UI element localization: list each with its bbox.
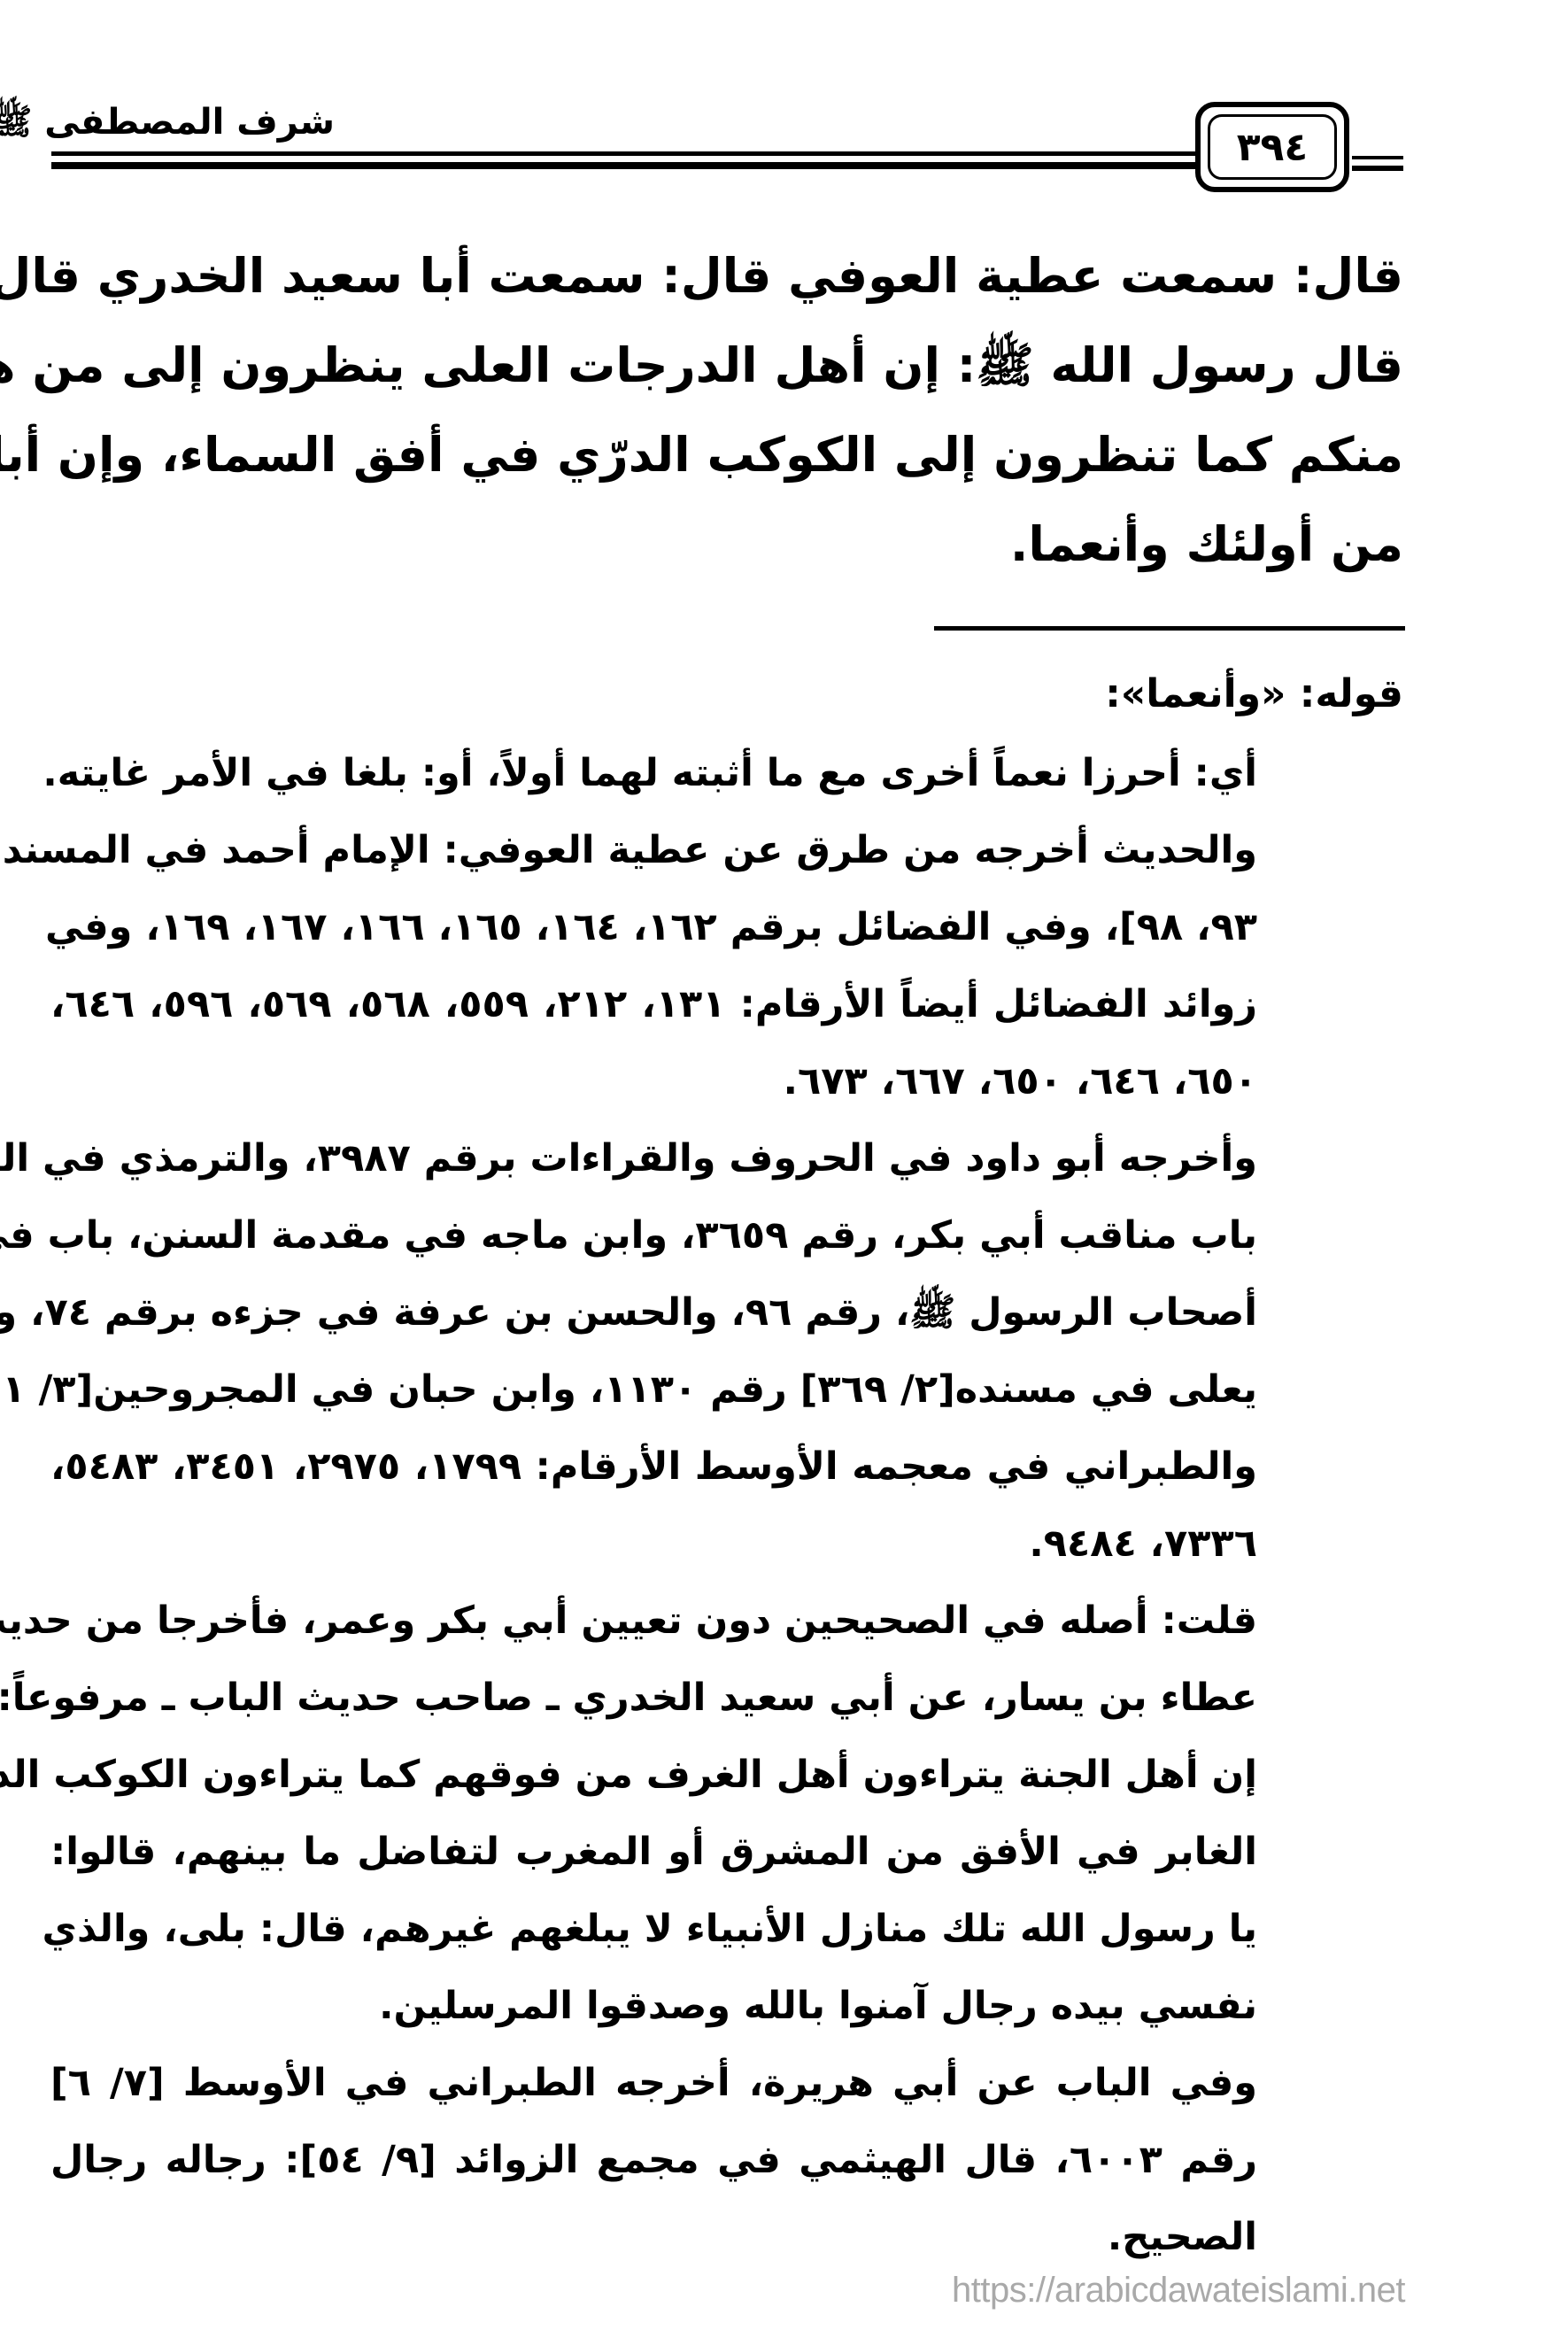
- footnote-line: والحديث أخرجه من طرق عن عطية العوفي: الإ…: [50, 819, 1257, 881]
- footnote-label: قوله: «وأنعما»:: [797, 666, 1403, 723]
- footnote-line: نفسي بيده رجال آمنوا بالله وصدقوا المرسل…: [50, 1975, 1257, 2037]
- footnote-line: والطبراني في معجمه الأوسط الأرقام: ١٧٩٩،…: [50, 1436, 1257, 1498]
- footnote-line: الغابر في الأفق من المشرق أو المغرب لتفا…: [50, 1821, 1257, 1883]
- header-rule-thin-right: [1352, 156, 1403, 159]
- page-number: ٣٩٤: [1237, 125, 1309, 170]
- footnote-line: وفي الباب عن أبي هريرة، أخرجه الطبراني ف…: [50, 2052, 1257, 2114]
- footnote-line: إن أهل الجنة يتراءون أهل الغرف من فوقهم …: [50, 1744, 1257, 1806]
- main-text-line: قال: سمعت عطية العوفي قال: سمعت أبا سعيد…: [50, 241, 1403, 312]
- running-title: شرف المصطفى ﷺ: [51, 99, 335, 145]
- footnote-line: باب مناقب أبي بكر، رقم ٣٦٥٩، وابن ماجه ف…: [50, 1204, 1257, 1266]
- book-page: شرف المصطفى ﷺ ٣٩٤ قال: سمعت عطية العوفي …: [0, 0, 1568, 2338]
- main-text-line: من أولئك وأنعما.: [50, 509, 1403, 580]
- footnote-line: يا رسول الله تلك منازل الأنبياء لا يبلغه…: [50, 1898, 1257, 1960]
- main-text-line: قال رسول الله ﷺ: إن أهل الدرجات العلى ين…: [50, 330, 1403, 401]
- page-number-frame: ٣٩٤: [1195, 102, 1349, 192]
- footnote-line: ٧٣٣٦، ٩٤٨٤.: [50, 1513, 1257, 1575]
- footnote-line: قلت: أصله في الصحيحين دون تعيين أبي بكر …: [50, 1590, 1257, 1652]
- footnote-line: يعلى في مسنده[٢/ ٣٦٩] رقم ١١٣٠، وابن حبا…: [50, 1359, 1257, 1421]
- main-text-line: منكم كما تنظرون إلى الكوكب الدرّي في أفق…: [50, 420, 1403, 491]
- page-number-inner-frame: ٣٩٤: [1208, 114, 1337, 180]
- footnote-line: رقم ٦٠٠٣، قال الهيثمي في مجمع الزوائد [٩…: [50, 2129, 1257, 2191]
- footnote-line: وأخرجه أبو داود في الحروف والقراءات برقم…: [50, 1127, 1257, 1189]
- footnote-line: ٩٣، ٩٨]، وفي الفضائل برقم ١٦٢، ١٦٤، ١٦٥،…: [50, 896, 1257, 958]
- footnote-separator: [934, 626, 1405, 631]
- footnote-line: ٦٥٠، ٦٤٦، ٦٥٠، ٦٦٧، ٦٧٣.: [50, 1050, 1257, 1112]
- footnote-line: زوائد الفضائل أيضاً الأرقام: ١٣١، ٢١٢، ٥…: [50, 973, 1257, 1035]
- header-rule-thick-right: [1352, 166, 1403, 171]
- watermark-url: https://arabicdawateislami.net: [952, 2272, 1434, 2308]
- footnote-line: أصحاب الرسول ﷺ، رقم ٩٦، والحسن بن عرفة ف…: [50, 1281, 1257, 1343]
- footnote-line: الصحيح.: [50, 2206, 1257, 2268]
- header-rule-thin: [51, 151, 1195, 156]
- header-rule-thick: [51, 162, 1195, 169]
- footnote-line: عطاء بن يسار، عن أبي سعيد الخدري ـ صاحب …: [50, 1667, 1257, 1729]
- footnote-line: أي: أحرزا نعماً أخرى مع ما أثبته لهما أو…: [50, 742, 1257, 804]
